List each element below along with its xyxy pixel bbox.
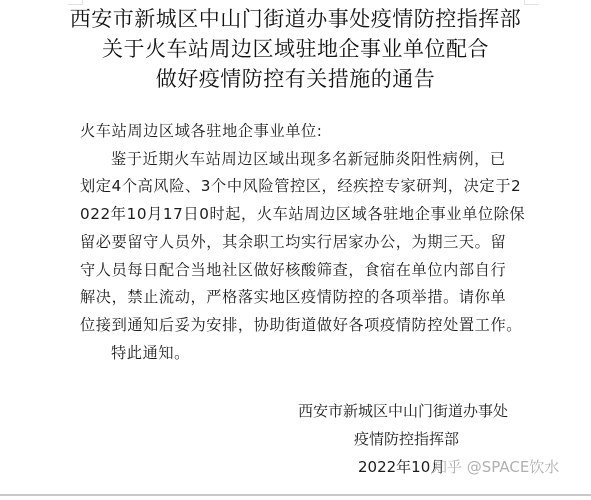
paragraph-line: 留必要留守人员外，其余职工均实行居家办公，为期三天。留: [80, 229, 526, 257]
title-line: 做好疫情防控有关措施的通告: [0, 64, 591, 94]
notice-body: 火车站周边区域各驻地企事业单位: 鉴于近期火车站周边区域出现多名新冠肺炎阳性病例…: [80, 118, 526, 367]
closing-line: 特此通知。: [80, 340, 526, 368]
signature-organization: 西安市新城区中山门街道办事处: [298, 397, 528, 425]
salutation: 火车站周边区域各驻地企事业单位:: [80, 118, 526, 146]
title-line: 西安市新城区中山门街道办事处疫情防控指挥部: [0, 4, 591, 34]
paragraph-line: 解决，禁止流动，严格落实地区疫情防控的各项举措。请你单: [80, 284, 526, 312]
bottom-divider: [0, 494, 591, 496]
paragraph-line: 鉴于近期火车站周边区域出现多名新冠肺炎阳性病例，已: [80, 146, 526, 174]
signature-department: 疫情防控指挥部: [298, 425, 528, 453]
notice-title: 西安市新城区中山门街道办事处疫情防控指挥部 关于火车站周边区域驻地企事业单位配合…: [0, 4, 591, 94]
title-line: 关于火车站周边区域驻地企事业单位配合: [0, 34, 591, 64]
watermark: 知乎 @SPACE饮水: [432, 456, 559, 477]
paragraph-line: 守人员每日配合当地社区做好核酸筛查，食宿在单位内部自行: [80, 257, 526, 285]
paragraph-line: 022年10月17日0时起，火车站周边区域各驻地企事业单位除保: [80, 201, 526, 229]
paragraph-line: 划定4个高风险、3个中风险管控区，经疾控专家研判，决定于2: [80, 173, 526, 201]
paragraph-line: 位接到通知后妥为安排，协助街道做好各项疫情防控处置工作。: [80, 312, 526, 340]
